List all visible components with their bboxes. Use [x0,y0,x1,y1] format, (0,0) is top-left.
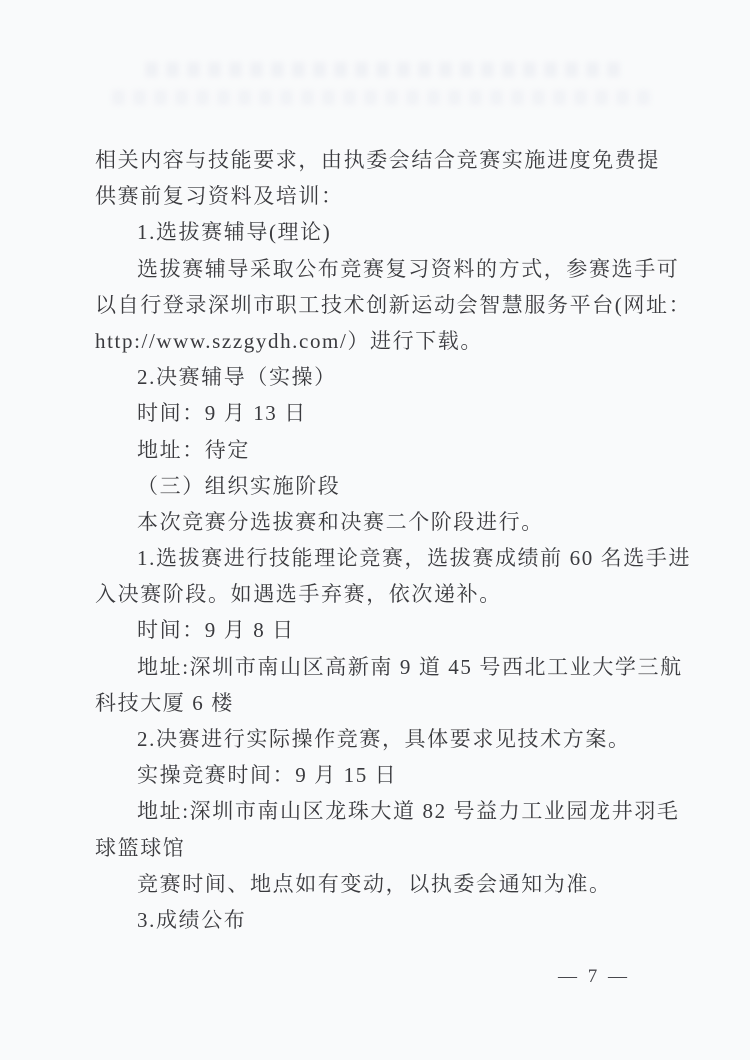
text-line: 竞赛时间、地点如有变动，以执委会通知为准。 [95,866,671,902]
text-line: 时间：9 月 13 日 [95,395,671,431]
text-line: 时间：9 月 8 日 [95,612,671,648]
document-body: 相关内容与技能要求，由执委会结合竞赛实施进度免费提供赛前复习资料及培训：1.选拔… [95,142,671,938]
text-line: 地址：待定 [95,432,671,468]
page-number: — 7 — [558,966,630,988]
text-line: （三）组织实施阶段 [95,468,671,504]
bleed-through-artifact [112,90,652,105]
text-line: 地址:深圳市南山区龙珠大道 82 号益力工业园龙井羽毛 [95,793,671,829]
text-line: 相关内容与技能要求，由执委会结合竞赛实施进度免费提 [95,142,671,178]
text-line: 2.决赛进行实际操作竞赛，具体要求见技术方案。 [95,721,671,757]
bleed-through-artifact [145,62,625,77]
text-line: 选拔赛辅导采取公布竞赛复习资料的方式，参赛选手可 [95,251,671,287]
text-line: 本次竞赛分选拔赛和决赛二个阶段进行。 [95,504,671,540]
scanned-document-page: 相关内容与技能要求，由执委会结合竞赛实施进度免费提供赛前复习资料及培训：1.选拔… [0,0,750,1060]
text-line: 地址:深圳市南山区高新南 9 道 45 号西北工业大学三航 [95,649,671,685]
text-line: 3.成绩公布 [95,902,671,938]
text-line: 2.决赛辅导（实操） [95,359,671,395]
text-line: 供赛前复习资料及培训： [95,178,671,214]
document-lines: 相关内容与技能要求，由执委会结合竞赛实施进度免费提供赛前复习资料及培训：1.选拔… [95,142,671,938]
text-line: 球篮球馆 [95,830,671,866]
text-line: 科技大厦 6 楼 [95,685,671,721]
text-line: 实操竞赛时间：9 月 15 日 [95,757,671,793]
text-line: 以自行登录深圳市职工技术创新运动会智慧服务平台(网址： [95,287,671,323]
text-line: 入决赛阶段。如遇选手弃赛，依次递补。 [95,576,671,612]
text-line: http://www.szzgydh.com/）进行下载。 [95,323,671,359]
text-line: 1.选拔赛辅导(理论) [95,214,671,250]
text-line: 1.选拔赛进行技能理论竞赛，选拔赛成绩前 60 名选手进 [95,540,671,576]
